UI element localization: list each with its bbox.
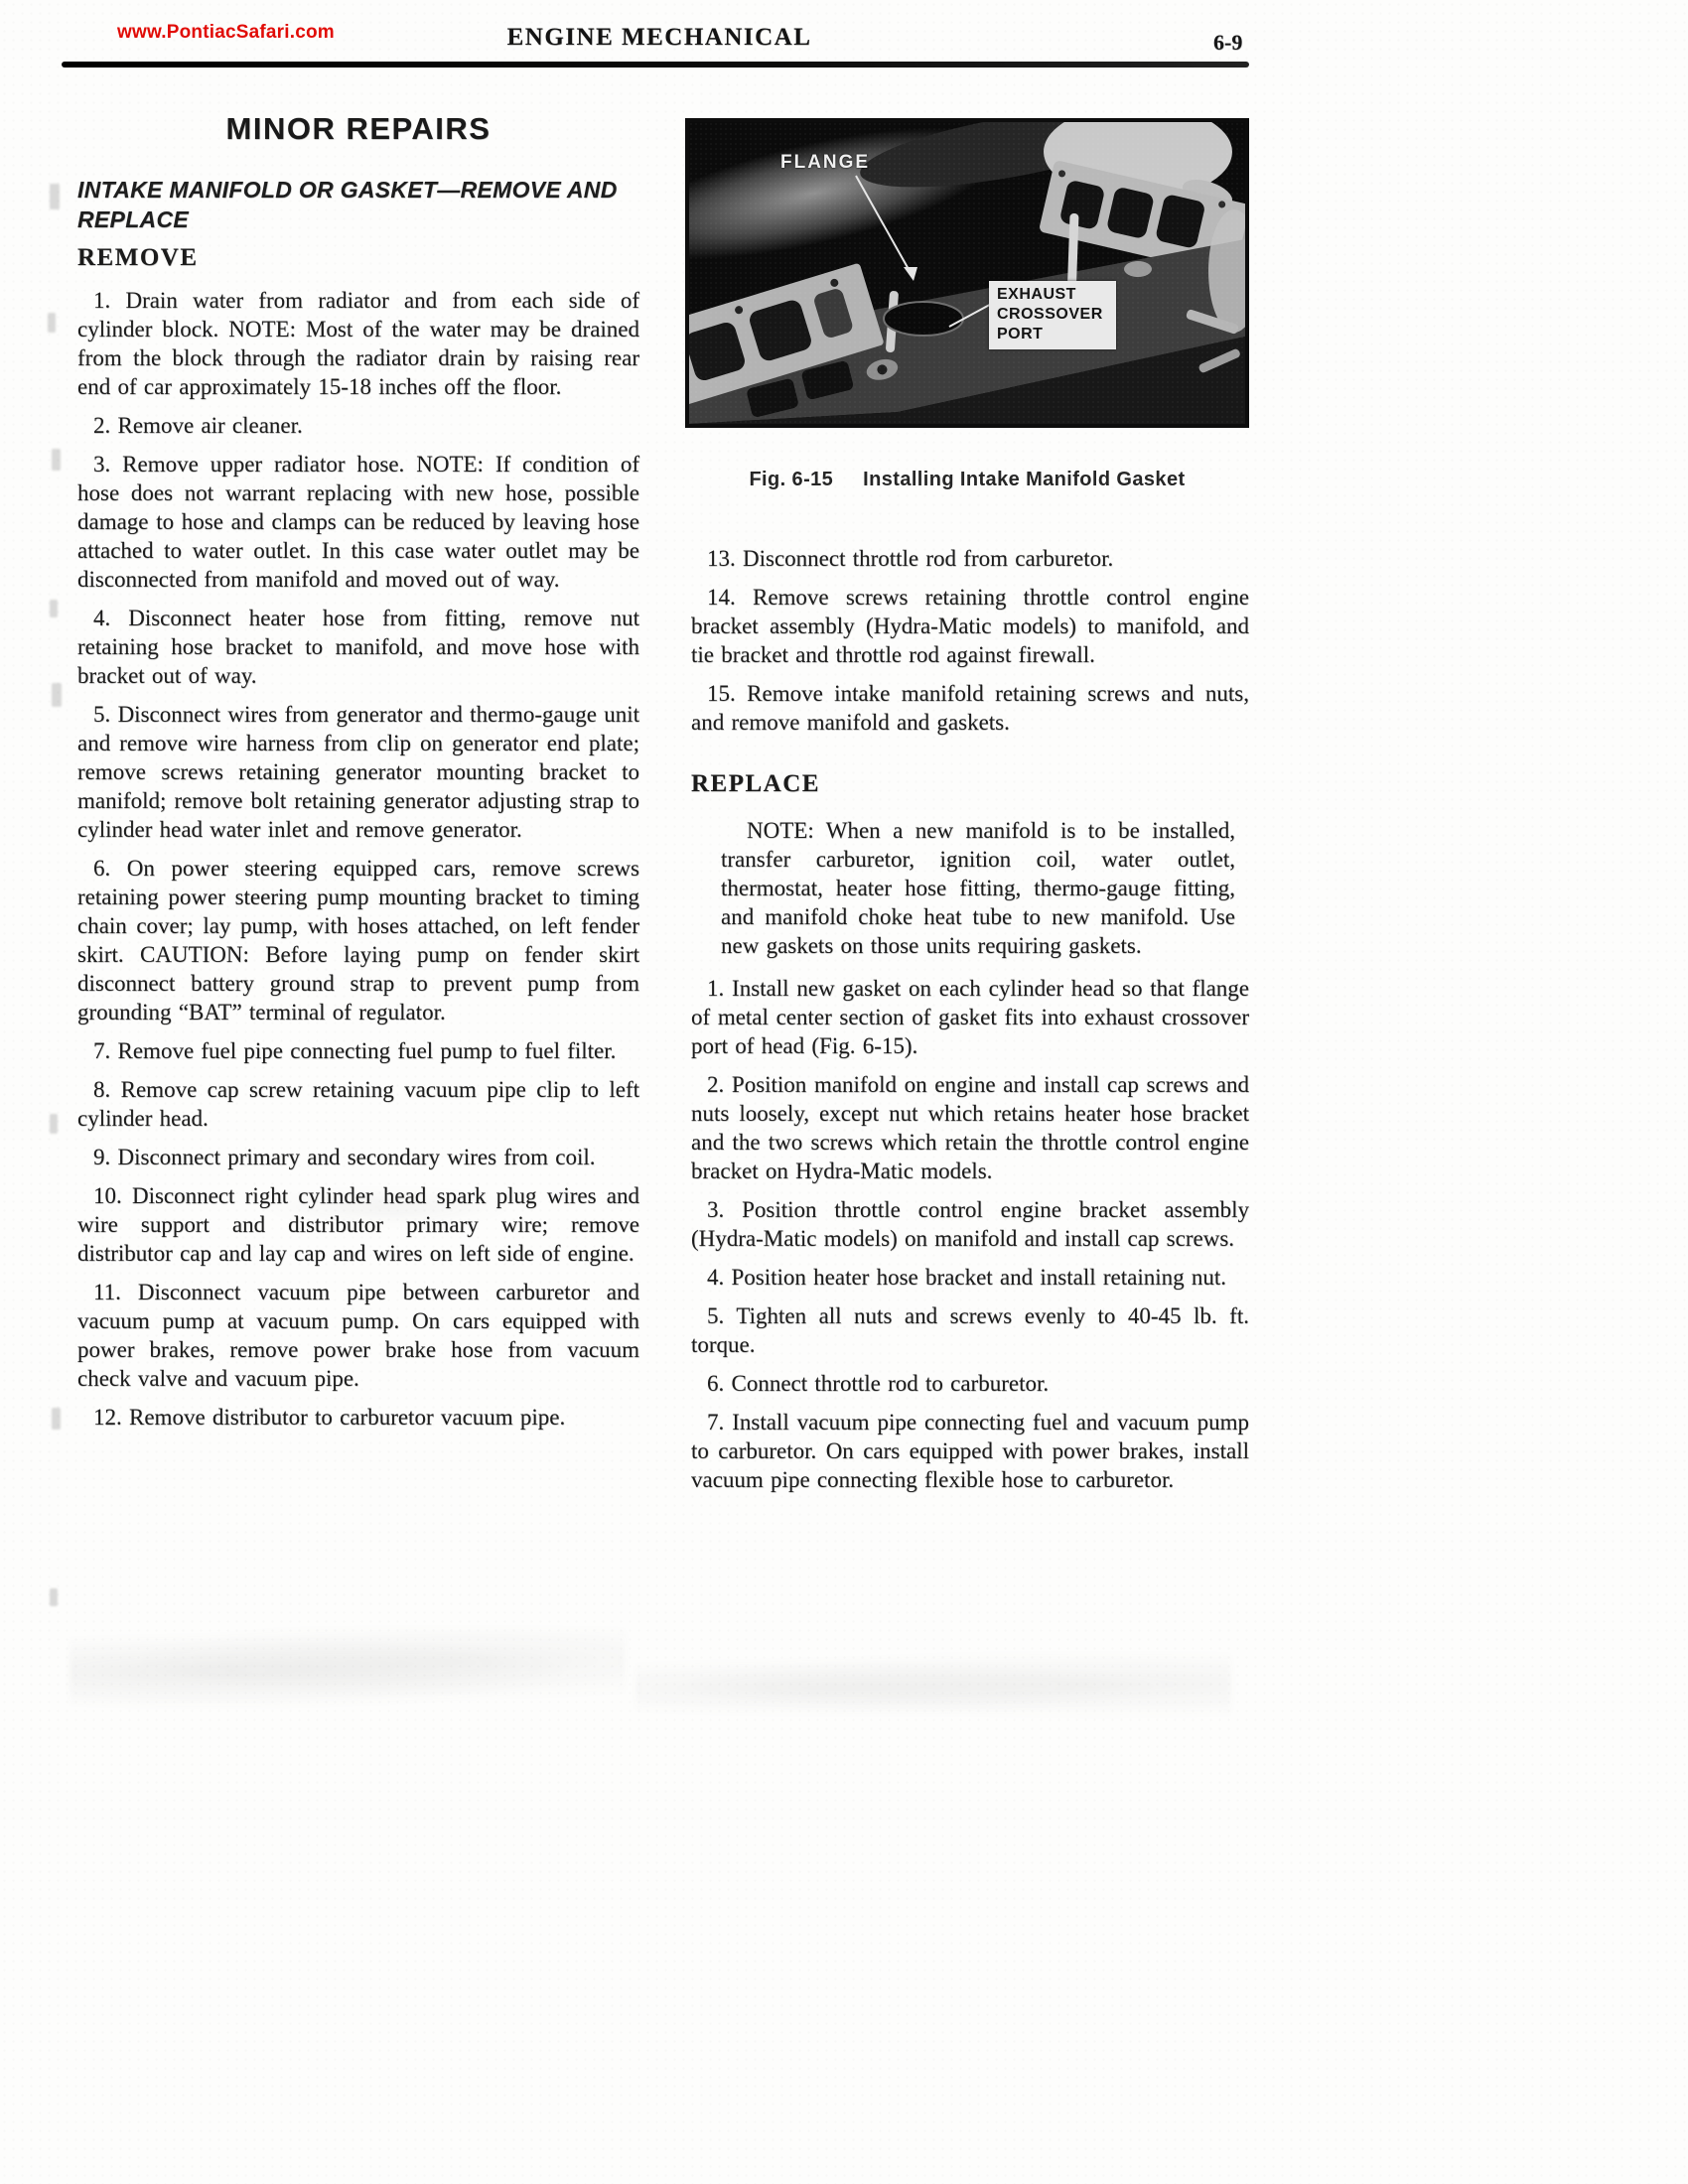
step-paragraph: 12. Remove distributor to carburetor vac… xyxy=(77,1403,639,1432)
step-paragraph: 1. Install new gasket on each cylinder h… xyxy=(691,974,1249,1060)
step-paragraph: 13. Disconnect throttle rod from carbure… xyxy=(691,544,1249,573)
scan-artifact xyxy=(50,1588,58,1606)
step-paragraph: 7. Remove fuel pipe connecting fuel pump… xyxy=(77,1036,639,1065)
remove-heading: REMOVE xyxy=(77,244,639,272)
step-paragraph: 1. Drain water from radiator and from ea… xyxy=(77,286,639,401)
note-paragraph: NOTE: When a new manifold is to be insta… xyxy=(721,816,1235,960)
scan-artifact xyxy=(50,184,60,209)
scan-artifact xyxy=(48,313,56,333)
step-paragraph: 9. Disconnect primary and secondary wire… xyxy=(77,1143,639,1171)
step-paragraph: 7. Install vacuum pipe connecting fuel a… xyxy=(691,1408,1249,1494)
step-paragraph: 5. Disconnect wires from generator and t… xyxy=(77,700,639,844)
scan-artifact xyxy=(52,683,62,707)
step-paragraph: 10. Disconnect right cylinder head spark… xyxy=(77,1181,639,1268)
scan-artifact xyxy=(50,600,58,617)
step-paragraph: 3. Remove upper radiator hose. NOTE: If … xyxy=(77,450,639,594)
step-paragraph: 4. Disconnect heater hose from fitting, … xyxy=(77,604,639,690)
scan-artifact xyxy=(52,449,61,471)
scanned-manual-page: { "header": { "watermark": "www.PontiacS… xyxy=(0,0,1688,2184)
step-paragraph: 14. Remove screws retaining throttle con… xyxy=(691,583,1249,669)
right-column: 13. Disconnect throttle rod from carbure… xyxy=(691,0,1249,1504)
section-title: MINOR REPAIRS xyxy=(77,111,639,147)
replace-heading: REPLACE xyxy=(691,770,1249,798)
step-paragraph: 5. Tighten all nuts and screws evenly to… xyxy=(691,1301,1249,1359)
step-paragraph: 15. Remove intake manifold retaining scr… xyxy=(691,679,1249,737)
left-column: MINOR REPAIRS INTAKE MANIFOLD OR GASKET—… xyxy=(77,0,639,1441)
step-paragraph: 3. Position throttle control engine brac… xyxy=(691,1195,1249,1253)
scan-smudge xyxy=(70,1628,626,1707)
step-paragraph: 8. Remove cap screw retaining vacuum pip… xyxy=(77,1075,639,1133)
step-paragraph: 2. Remove air cleaner. xyxy=(77,411,639,440)
scan-artifact xyxy=(50,1114,58,1134)
step-paragraph: 11. Disconnect vacuum pipe between carbu… xyxy=(77,1278,639,1393)
step-paragraph: 2. Position manifold on engine and insta… xyxy=(691,1070,1249,1185)
step-paragraph: 6. On power steering equipped cars, remo… xyxy=(77,854,639,1026)
step-paragraph: 4. Position heater hose bracket and inst… xyxy=(691,1263,1249,1292)
subsection-title: INTAKE MANIFOLD OR GASKET—REMOVE AND REP… xyxy=(77,175,639,234)
scan-artifact xyxy=(52,1408,61,1430)
scan-smudge xyxy=(635,1653,1231,1722)
step-paragraph: 6. Connect throttle rod to carburetor. xyxy=(691,1369,1249,1398)
